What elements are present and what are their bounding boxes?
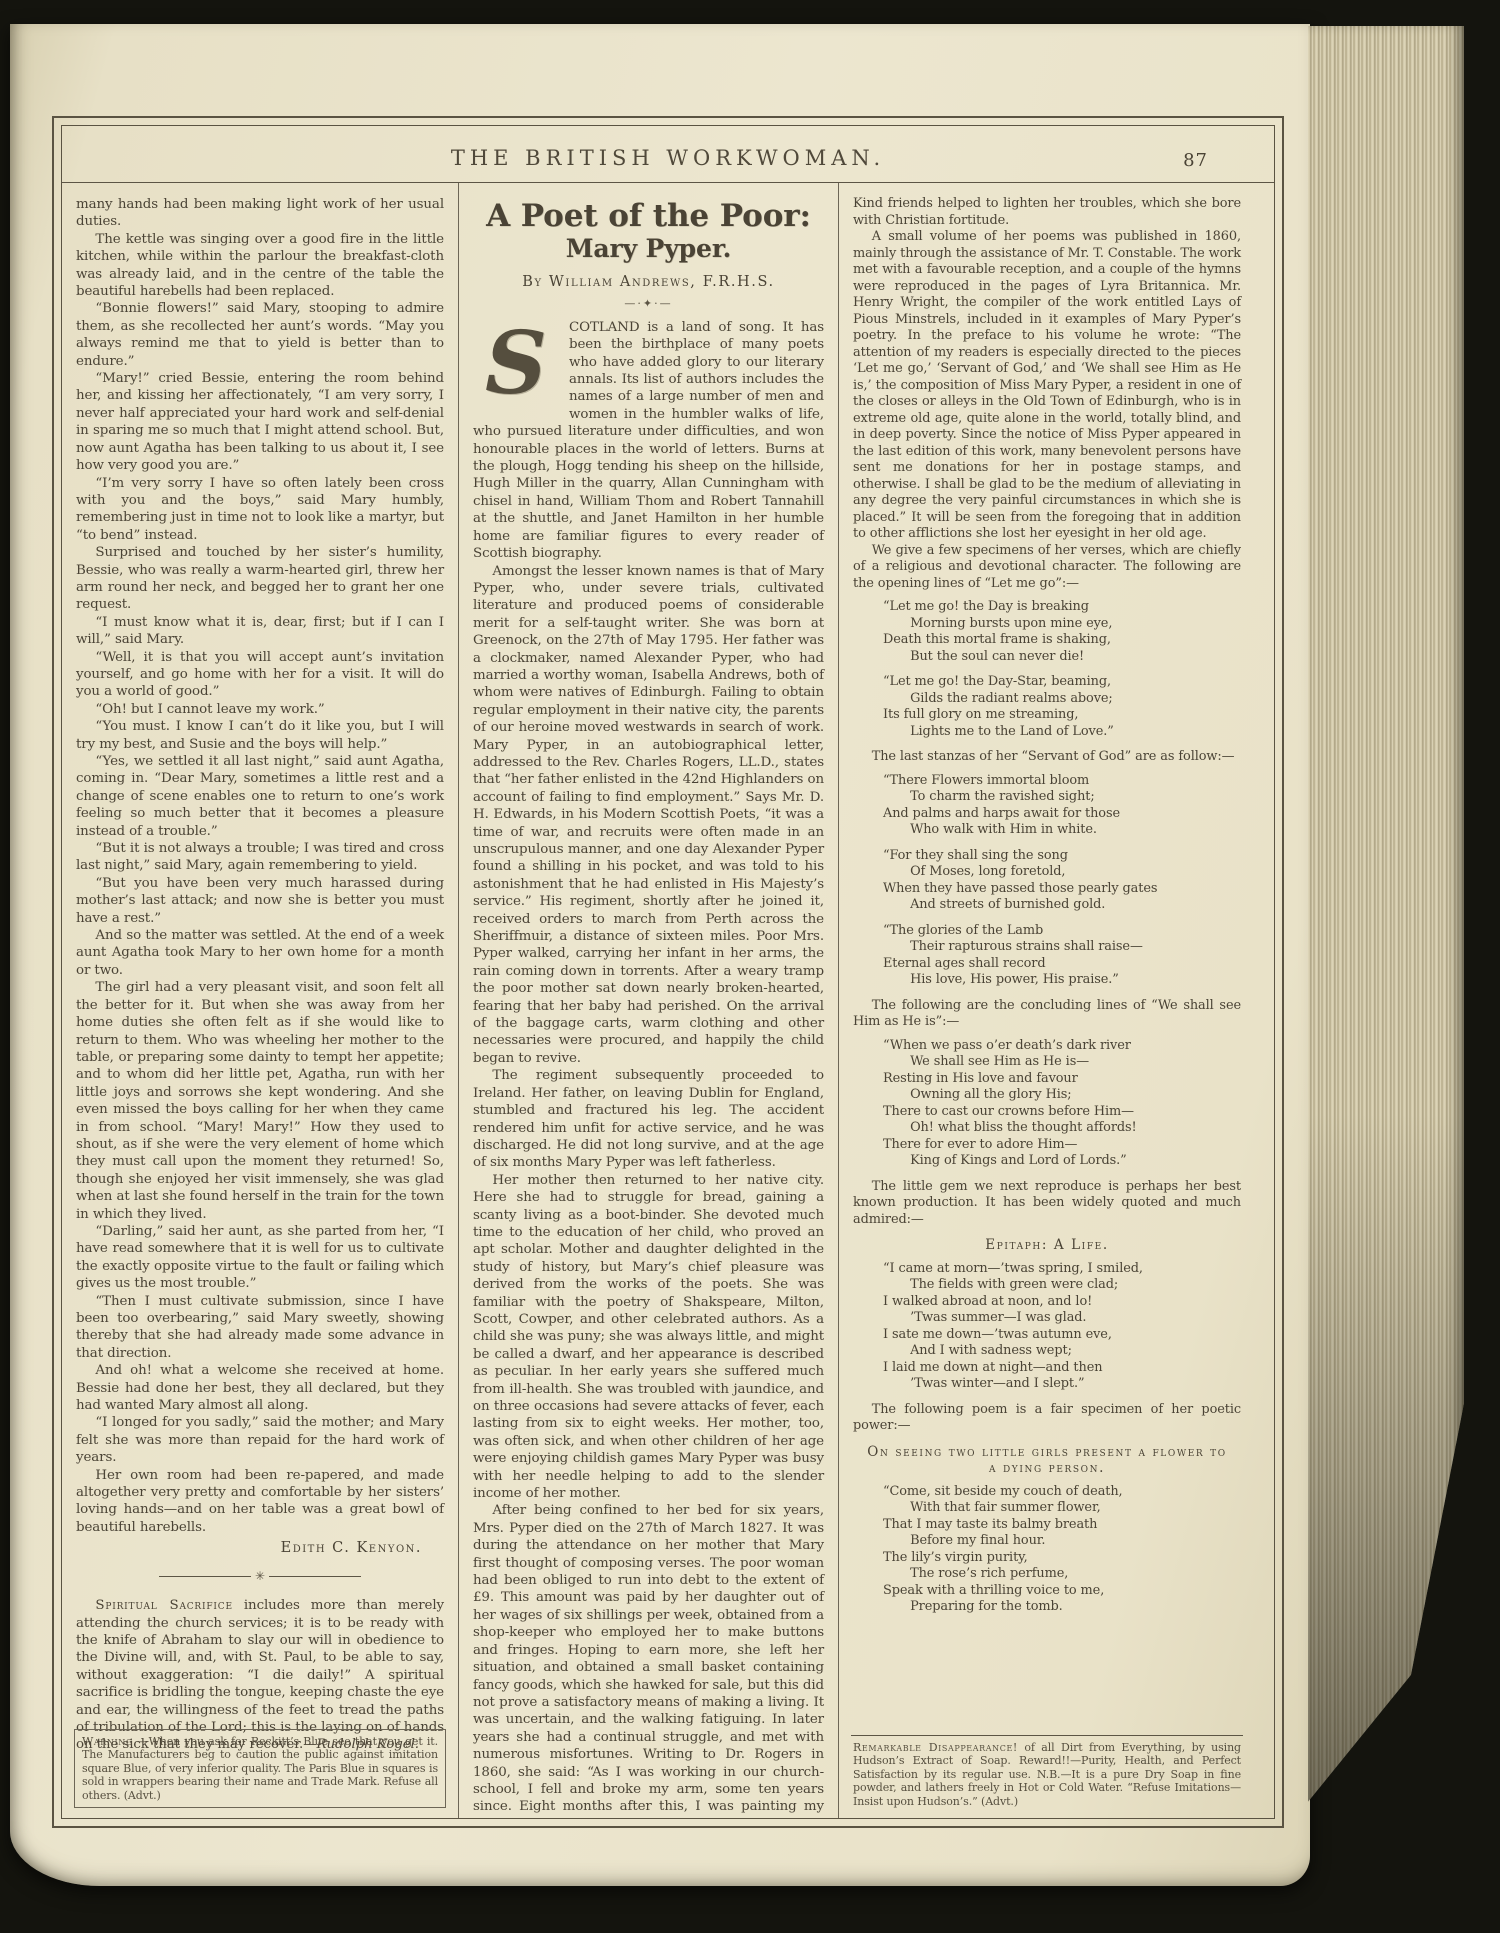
poem-line: ’Twas summer—I was glad. xyxy=(910,1310,1241,1327)
poem-line: Preparing for the tomb. xyxy=(910,1599,1241,1616)
ornament-glyph-icon: ✳ xyxy=(251,1568,269,1585)
divider-ornament-icon: ✳ xyxy=(76,1568,444,1585)
story-paragraph: “Yes, we settled it all last night,” sai… xyxy=(76,753,444,840)
article-paragraph: We give a few specimens of her verses, w… xyxy=(853,543,1241,593)
poem-line: Gilds the radiant realms above; xyxy=(910,691,1241,708)
story-paragraph: “You must. I know I can’t do it like you… xyxy=(76,718,444,753)
ornament-rule-left xyxy=(159,1576,251,1577)
poem-line: “Come, sit beside my couch of death, xyxy=(883,1484,1241,1501)
poem-line: “When we pass o’er death’s dark river xyxy=(883,1038,1241,1055)
poem-line: Resting in His love and favour xyxy=(883,1071,1241,1088)
poem-line: Morning bursts upon mine eye, xyxy=(910,616,1241,633)
poem-line: Owning all the glory His; xyxy=(910,1087,1241,1104)
poem-line: “There Flowers immortal bloom xyxy=(883,773,1241,790)
story-paragraph: “Mary!” cried Bessie, entering the room … xyxy=(76,370,444,474)
poem-line: Speak with a thrilling voice to me, xyxy=(883,1583,1241,1600)
hudson-ad-lead: Remarkable Disappearance! xyxy=(853,1741,1018,1754)
spiritual-lead: Spiritual Sacrifice xyxy=(95,1598,232,1613)
poem-let-me-go: “Let me go! the Day is breakingMorning b… xyxy=(883,599,1241,740)
story-paragraph: “But it is not always a trouble; I was t… xyxy=(76,840,444,875)
byline-ornament-icon: —·✦·— xyxy=(473,295,824,312)
poem-line: “I came at morn—’twas spring, I smiled, xyxy=(883,1261,1241,1278)
drop-cap-initial: S xyxy=(473,321,559,409)
article-opening: S COTLAND is a land of song. It has been… xyxy=(473,319,824,563)
poem-intro-paragraph: The following poem is a fair specimen of… xyxy=(853,1402,1241,1435)
poem-line: The lily’s virgin purity, xyxy=(883,1550,1241,1567)
poem-line: And I with sadness wept; xyxy=(910,1343,1241,1360)
poem-line: There to cast our crowns before Him— xyxy=(883,1104,1241,1121)
article-paragraph: The regiment subsequently proceeded to I… xyxy=(473,1067,824,1171)
story-paragraph: “Bonnie flowers!” said Mary, stooping to… xyxy=(76,300,444,370)
printed-border-frame: THE BRITISH WORKWOMAN. 87 many hands had… xyxy=(52,116,1284,1828)
printed-border-frame-inner: THE BRITISH WORKWOMAN. 87 many hands had… xyxy=(61,125,1275,1819)
poem-line: But the soul can never die! xyxy=(910,649,1241,666)
story-paragraph: And so the matter was settled. At the en… xyxy=(76,927,444,979)
story-paragraph: Surprised and touched by her sister’s hu… xyxy=(76,544,444,614)
story-paragraph: “I must know what it is, dear, first; bu… xyxy=(76,614,444,649)
poem-epitaph: “I came at morn—’twas spring, I smiled,T… xyxy=(883,1261,1241,1393)
book-page-stack-edges xyxy=(1308,26,1464,1838)
poem-line: “Let me go! the Day-Star, beaming, xyxy=(883,674,1241,691)
epitaph-heading: Epitaph: A Life. xyxy=(863,1237,1231,1254)
poem-stanza: “Let me go! the Day is breakingMorning b… xyxy=(883,599,1241,665)
flower-poem-heading: On seeing two little girls present a flo… xyxy=(863,1444,1231,1477)
poem-stanza: “I came at morn—’twas spring, I smiled,T… xyxy=(883,1261,1241,1393)
reckitts-blue-warning-ad: Warning.—When you ask for Reckitt’s Blue… xyxy=(74,1729,446,1808)
poem-line: Their rapturous strains shall raise— xyxy=(910,939,1241,956)
scanned-periodical-page: THE BRITISH WORKWOMAN. 87 many hands had… xyxy=(0,0,1500,1933)
story-paragraph: And oh! what a welcome she received at h… xyxy=(76,1362,444,1414)
poem-stanza: “There Flowers immortal bloomTo charm th… xyxy=(883,773,1241,839)
poem-line: ’Twas winter—and I slept.” xyxy=(910,1376,1241,1393)
story-paragraph: “Well, it is that you will accept aunt’s… xyxy=(76,649,444,701)
poem-flower: “Come, sit beside my couch of death,With… xyxy=(883,1484,1241,1616)
masthead-title: THE BRITISH WORKWOMAN. xyxy=(451,146,885,170)
poem-intro-paragraph: The little gem we next reproduce is perh… xyxy=(853,1179,1241,1229)
poem-line: The rose’s rich perfume, xyxy=(910,1566,1241,1583)
article-paragraph: A small volume of her poems was publishe… xyxy=(853,229,1241,543)
story-paragraph: “I longed for you sadly,” said the mothe… xyxy=(76,1414,444,1466)
warning-ad-lead: Warning.— xyxy=(82,1735,149,1748)
article-paragraph: Amongst the lesser known names is that o… xyxy=(473,563,824,1068)
poem-stanza: “Let me go! the Day-Star, beaming,Gilds … xyxy=(883,674,1241,740)
column-1: many hands had been making light work of… xyxy=(62,183,458,1818)
poem-line: And palms and harps await for those xyxy=(883,806,1241,823)
story-paragraph: Her own room had been re-papered, and ma… xyxy=(76,1467,444,1537)
poem-line: I sate me down—’twas autumn eve, xyxy=(883,1327,1241,1344)
poem-line: To charm the ravished sight; xyxy=(910,789,1241,806)
article-title-line1: A Poet of the Poor: xyxy=(473,198,824,234)
story-paragraph: “Oh! but I cannot leave my work.” xyxy=(76,701,444,718)
poem-stanza: “The glories of the LambTheir rapturous … xyxy=(883,923,1241,989)
ornament-rule-right xyxy=(269,1576,361,1577)
poem-line: Of Moses, long foretold, xyxy=(910,864,1241,881)
article-paragraph: Her mother then returned to her native c… xyxy=(473,1172,824,1503)
article-header: A Poet of the Poor: Mary Pyper. By Willi… xyxy=(473,198,824,313)
article-body: Amongst the lesser known names is that o… xyxy=(473,563,824,1819)
poem-line: That I may taste its balmy breath xyxy=(883,1517,1241,1534)
story-paragraph: “I’m very sorry I have so often lately b… xyxy=(76,475,444,545)
poem-line: I walked abroad at noon, and lo! xyxy=(883,1294,1241,1311)
article-byline: By William Andrews, F.R.H.S. xyxy=(473,274,824,291)
poem-line: “For they shall sing the song xyxy=(883,848,1241,865)
poem-servant-of-god: “There Flowers immortal bloomTo charm th… xyxy=(883,773,1241,989)
column-2: A Poet of the Poor: Mary Pyper. By Willi… xyxy=(458,183,838,1818)
poem-we-shall-see-him: “When we pass o’er death’s dark riverWe … xyxy=(883,1038,1241,1170)
poem-line: I laid me down at night—and then xyxy=(883,1360,1241,1377)
poem-intro-paragraph: The following are the concluding lines o… xyxy=(853,998,1241,1031)
poem-line: His love, His power, His praise.” xyxy=(910,972,1241,989)
poem-stanza: “When we pass o’er death’s dark riverWe … xyxy=(883,1038,1241,1170)
poem-line: There for ever to adore Him— xyxy=(883,1137,1241,1154)
story-paragraph: “But you have been very much harassed du… xyxy=(76,875,444,927)
three-column-layout: many hands had been making light work of… xyxy=(62,183,1274,1818)
article-continuation: Kind friends helped to lighten her troub… xyxy=(853,196,1241,592)
poem-line: “The glories of the Lamb xyxy=(883,923,1241,940)
hudsons-soap-ad: Remarkable Disappearance! of all Dirt fr… xyxy=(851,1735,1243,1808)
poem-line: Who walk with Him in white. xyxy=(910,822,1241,839)
story-paragraph: The kettle was singing over a good fire … xyxy=(76,231,444,301)
poem-line: King of Kings and Lord of Lords.” xyxy=(910,1153,1241,1170)
poem-stanza: “Come, sit beside my couch of death,With… xyxy=(883,1484,1241,1616)
story-continuation: many hands had been making light work of… xyxy=(76,196,444,1536)
article-paragraph: After being confined to her bed for six … xyxy=(473,1502,824,1818)
poem-line: When they have passed those pearly gates xyxy=(883,881,1241,898)
poem-line: Eternal ages shall record xyxy=(883,956,1241,973)
story-paragraph: The girl had a very pleasant visit, and … xyxy=(76,979,444,1223)
poem-line: Oh! what bliss the thought affords! xyxy=(910,1120,1241,1137)
story-paragraph: “Darling,” said her aunt, as she parted … xyxy=(76,1223,444,1293)
story-paragraph: “Then I must cultivate submission, since… xyxy=(76,1293,444,1363)
article-title-line2: Mary Pyper. xyxy=(473,234,824,264)
author-signature: Edith C. Kenyon. xyxy=(76,1540,444,1557)
poem-line: Before my final hour. xyxy=(910,1533,1241,1550)
column-3: Kind friends helped to lighten her troub… xyxy=(838,183,1255,1818)
page-header: THE BRITISH WORKWOMAN. 87 xyxy=(62,126,1274,183)
poem-line: Lights me to the Land of Love.” xyxy=(910,724,1241,741)
poem-line: Death this mortal frame is shaking, xyxy=(883,632,1241,649)
poem-line: “Let me go! the Day is breaking xyxy=(883,599,1241,616)
poem-line: And streets of burnished gold. xyxy=(910,897,1241,914)
story-paragraph: many hands had been making light work of… xyxy=(76,196,444,231)
poem-line: Its full glory on me streaming, xyxy=(883,707,1241,724)
poem-stanza: “For they shall sing the songOf Moses, l… xyxy=(883,848,1241,914)
page-number: 87 xyxy=(1183,150,1208,171)
poem-intro-paragraph: The last stanzas of her “Servant of God”… xyxy=(853,749,1241,766)
poem-line: We shall see Him as He is— xyxy=(910,1054,1241,1071)
poem-line: With that fair summer flower, xyxy=(910,1500,1241,1517)
poem-line: The fields with green were clad; xyxy=(910,1277,1241,1294)
article-paragraph: Kind friends helped to lighten her troub… xyxy=(853,196,1241,229)
